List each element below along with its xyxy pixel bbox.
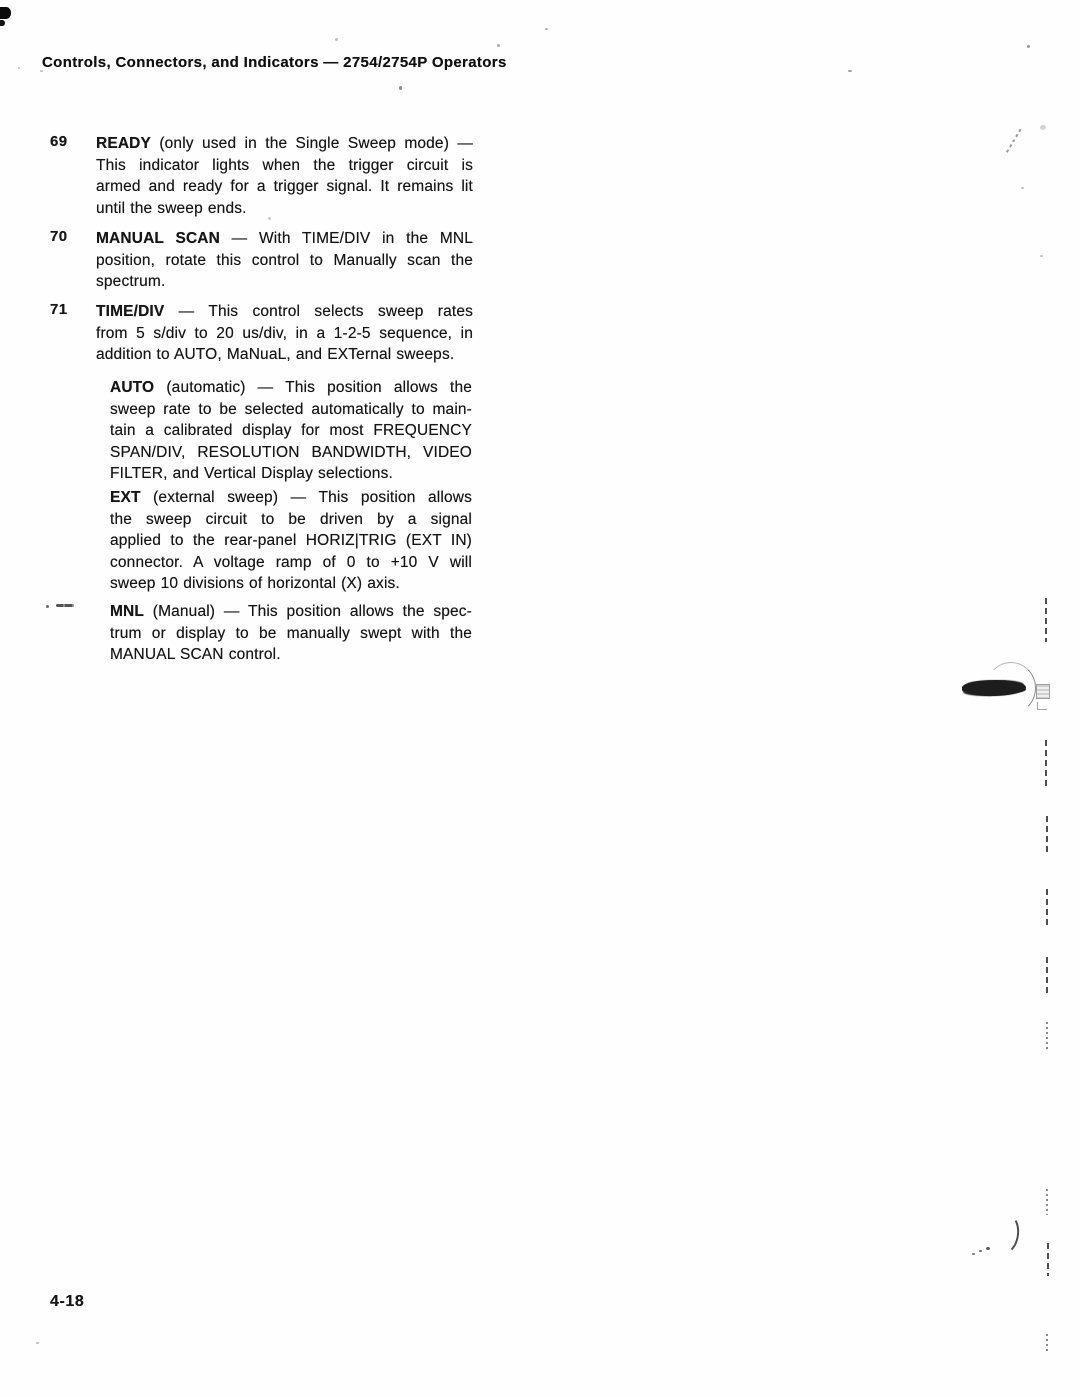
subitem-first-line: MNL (Manual) — This position allows the …	[110, 601, 472, 623]
margin-line-artifact	[1046, 1334, 1048, 1354]
scan-edge-blob-artifact	[0, 7, 11, 19]
margin-line-artifact	[1046, 1022, 1048, 1050]
speck-artifact	[36, 1342, 39, 1344]
margin-line-artifact	[1046, 957, 1048, 995]
item-body-lines: from 5 s/div to 20 us/div, in a 1-2-5 se…	[96, 323, 473, 366]
speck-artifact	[972, 1253, 975, 1255]
item-first-line: TIME/DIV — This control selects sweep ra…	[96, 301, 473, 323]
subitem-term: EXT	[110, 489, 141, 506]
item-number: 69	[50, 133, 68, 150]
item-term: READY	[96, 135, 151, 152]
speck-artifact	[1040, 125, 1046, 130]
margin-dash-artifact	[56, 604, 74, 607]
item-term: TIME/DIV	[96, 303, 164, 320]
speck-artifact	[545, 28, 548, 30]
subitem-term: AUTO	[110, 379, 154, 396]
speck-artifact	[1040, 255, 1043, 257]
item-term-rest: (only used in the Single Sweep mode) —	[151, 135, 473, 152]
page-number: 4-18	[50, 1293, 84, 1311]
smudge-bracket-artifact	[1037, 702, 1047, 710]
diagonal-scratch-artifact	[1004, 129, 1021, 156]
speck-artifact	[40, 70, 43, 72]
speck-artifact	[335, 38, 338, 41]
margin-line-artifact	[1046, 816, 1048, 856]
item-first-line: READY (only used in the Single Sweep mod…	[96, 133, 473, 155]
margin-line-artifact	[1047, 1243, 1049, 1276]
subitem-body-lines: sweep rate to be selected automatically …	[110, 399, 472, 485]
item-term-rest: — This control selects sweep rates	[164, 303, 473, 320]
scanned-manual-page: Controls, Connectors, and Indicators — 2…	[0, 0, 1080, 1397]
speck-artifact	[848, 70, 852, 72]
item-body-lines: This indicator lights when the trigger c…	[96, 155, 473, 220]
margin-line-artifact	[1045, 740, 1047, 786]
item-text: TIME/DIV — This control selects sweep ra…	[96, 301, 473, 366]
speck-artifact	[497, 44, 500, 47]
speck-artifact	[399, 86, 402, 90]
subitem-ext: EXT (external sweep) — This position all…	[110, 487, 472, 595]
subitem-first-line: AUTO (automatic) — This position allows …	[110, 377, 472, 399]
subitem-term: MNL	[110, 603, 144, 620]
page-header: Controls, Connectors, and Indicators — 2…	[42, 54, 507, 71]
margin-dot-artifact	[46, 605, 49, 608]
item-number: 71	[50, 301, 68, 318]
subitem-term-rest: (Manual) — This position allows the spec…	[144, 603, 472, 620]
speck-artifact	[268, 217, 271, 220]
smudge-side-mark-artifact	[1036, 684, 1050, 699]
subitem-term-rest: (automatic) — This position allows the	[154, 379, 472, 396]
item-term-rest: — With TIME/DIV in the MNL	[220, 230, 473, 247]
item-body-lines: position, rotate this control to Manuall…	[96, 250, 473, 293]
subitem-first-line: EXT (external sweep) — This position all…	[110, 487, 472, 509]
subitem-mnl: MNL (Manual) — This position allows the …	[110, 601, 472, 666]
item-text: READY (only used in the Single Sweep mod…	[96, 133, 473, 219]
item-text: MANUAL SCAN — With TIME/DIV in the MNL p…	[96, 228, 473, 293]
speck-artifact	[18, 67, 20, 69]
speck-artifact	[986, 1247, 990, 1250]
subitem-auto: AUTO (automatic) — This position allows …	[110, 377, 472, 485]
item-first-line: MANUAL SCAN — With TIME/DIV in the MNL	[96, 228, 473, 250]
speck-artifact	[1021, 187, 1024, 189]
scan-edge-blob-artifact	[0, 20, 5, 26]
margin-line-artifact	[1046, 889, 1048, 926]
item-term: MANUAL SCAN	[96, 230, 220, 247]
item-number: 70	[50, 228, 68, 245]
margin-line-artifact	[1046, 1189, 1048, 1215]
subitem-body-lines: trum or display to be manually swept wit…	[110, 623, 472, 666]
subitem-term-rest: (external sweep) — This position allows	[141, 489, 472, 506]
margin-line-artifact	[1045, 598, 1047, 642]
speck-artifact	[979, 1250, 982, 1252]
speck-artifact	[1027, 45, 1030, 48]
curved-mark-artifact	[990, 1212, 1021, 1255]
subitem-body-lines: the sweep circuit to be driven by a sign…	[110, 509, 472, 595]
